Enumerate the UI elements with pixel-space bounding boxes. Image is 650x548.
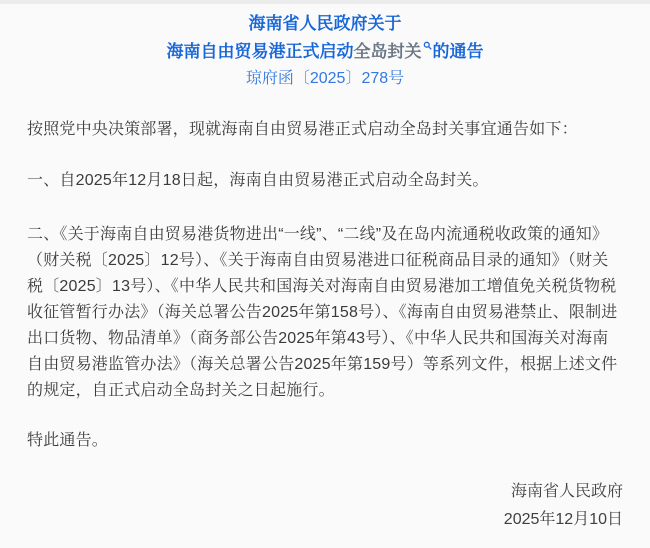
document-number: 琼府函〔2025〕278号 (27, 66, 623, 92)
search-icon[interactable] (423, 41, 432, 50)
paragraph-item-2: 二、《关于海南自由贸易港货物进出“一线”、“二线”及在岛内流通税收政策的通知》（… (27, 222, 623, 404)
entity-link-quandao-fengguan[interactable]: 全岛封关 (354, 42, 422, 61)
title-line2-suffix: 的通告 (433, 42, 484, 61)
title-line2-prefix: 海南自由贸易港正式启动 (167, 42, 354, 61)
document-body: 按照党中央决策部署，现就海南自由贸易港正式启动全岛封关事宜通告如下： 一、自20… (27, 117, 623, 454)
announcement-document: 海南省人民政府关于 海南自由贸易港正式启动全岛封关的通告 琼府函〔2025〕27… (0, 4, 650, 534)
paragraph-intro: 按照党中央决策部署，现就海南自由贸易港正式启动全岛封关事宜通告如下： (27, 117, 623, 143)
issue-date: 2025年12月10日 (27, 506, 623, 534)
document-title-line-1: 海南省人民政府关于 (27, 10, 623, 38)
document-title-line-2: 海南自由贸易港正式启动全岛封关的通告 (27, 38, 623, 66)
issuer-name: 海南省人民政府 (27, 478, 623, 506)
paragraph-item-1: 一、自2025年12月18日起，海南自由贸易港正式启动全岛封关。 (27, 168, 623, 194)
page: { "page": { "background_color": "#fafafa… (0, 0, 650, 548)
signature-block: 海南省人民政府 2025年12月10日 (27, 478, 623, 534)
paragraph-closing: 特此通告。 (27, 428, 623, 454)
